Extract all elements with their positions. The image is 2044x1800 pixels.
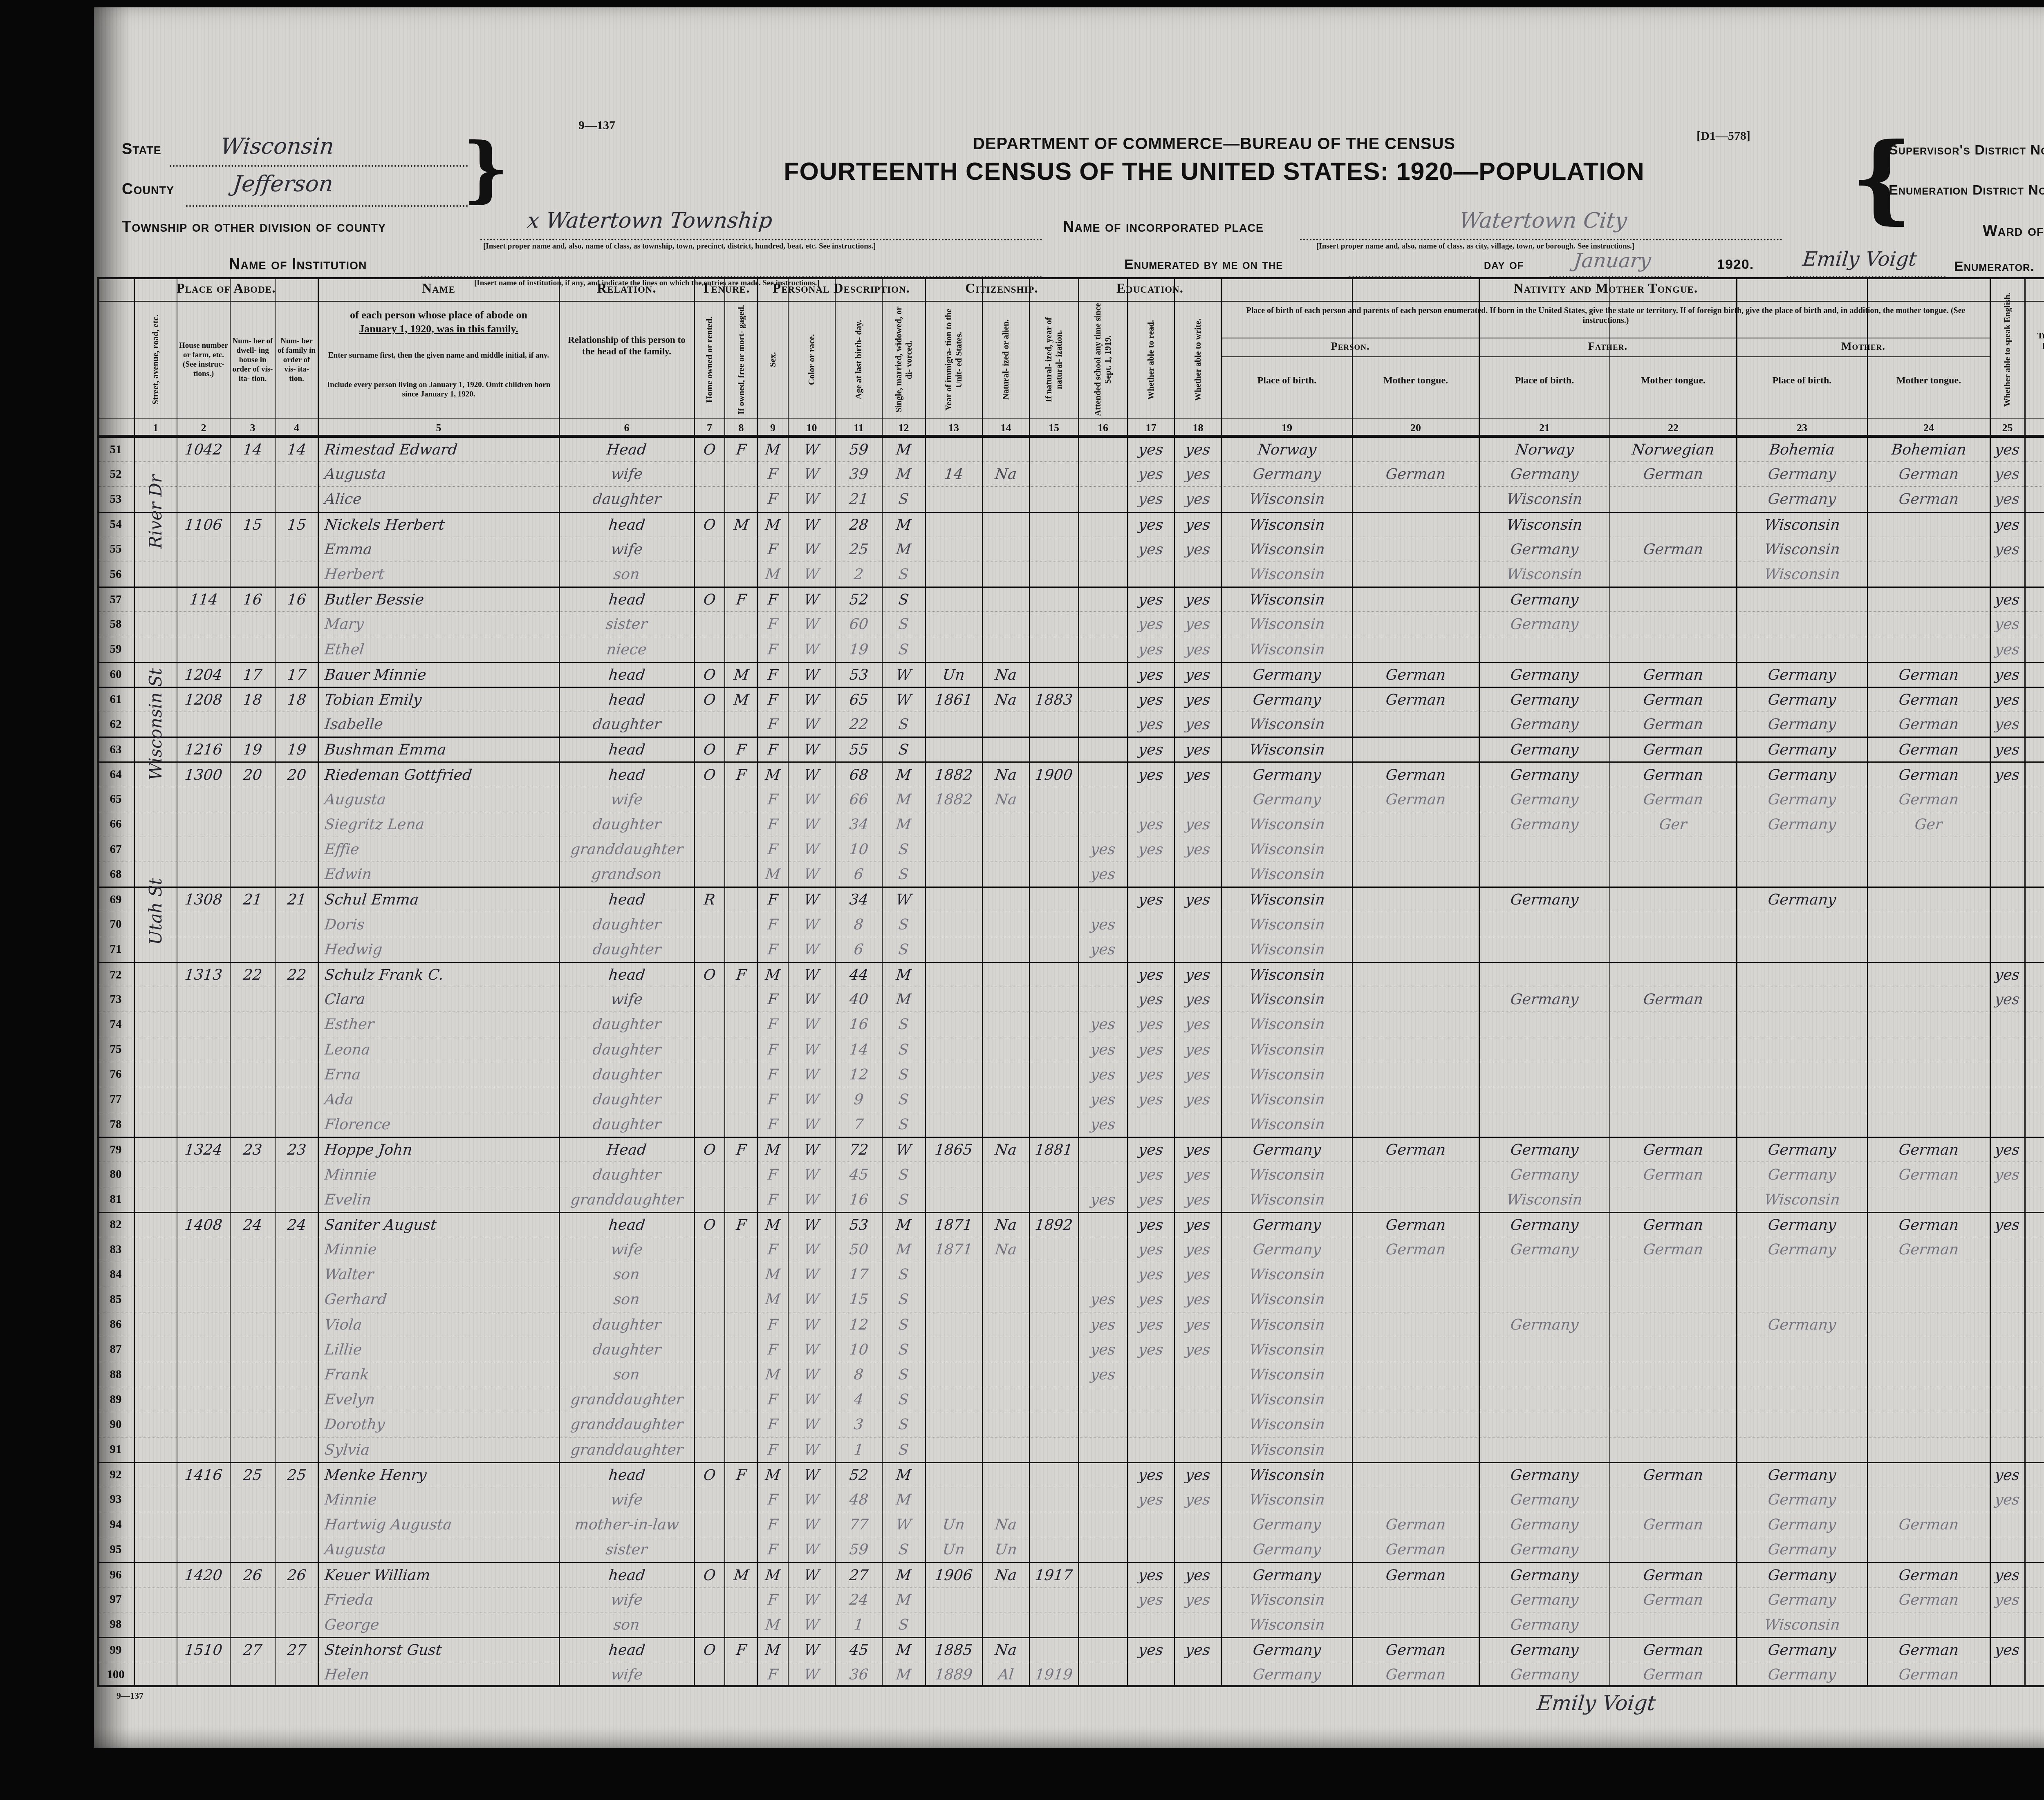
- cell-rd: yes: [1127, 1016, 1174, 1033]
- cell-fam: 17: [275, 666, 318, 683]
- cell-imm: 1871: [925, 1241, 982, 1258]
- cell-fam: 27: [275, 1641, 318, 1659]
- cell-race: W: [788, 566, 835, 583]
- cell-dw: 24: [230, 1216, 275, 1234]
- cell-dw: 14: [230, 441, 275, 458]
- table-row: 78FlorencedaughterFW7SyesWisconsin78: [97, 1112, 2044, 1137]
- cell-dw: 22: [230, 966, 275, 983]
- nativity-person-title: Person.: [1221, 340, 1479, 353]
- cell-sex: M: [758, 1567, 788, 1584]
- cell-rd: yes: [1127, 1191, 1174, 1208]
- cell-fpob: Germany: [1479, 741, 1610, 758]
- enumerated-label: Enumerated by me on the: [1124, 257, 1283, 273]
- cell-pob: Wisconsin: [1221, 541, 1352, 558]
- cell-rel: head: [559, 691, 694, 708]
- cell-trade: none: [2025, 691, 2044, 708]
- cell-eng: yes: [1990, 541, 2025, 558]
- cell-age: 44: [835, 966, 882, 983]
- cell-rd: yes: [1127, 766, 1174, 784]
- cell-age: 65: [835, 691, 882, 708]
- cell-mtg: M: [725, 516, 758, 533]
- cell-mar: M: [882, 466, 925, 483]
- cell-age: 66: [835, 791, 882, 808]
- cell-mmt: German: [1867, 1216, 1990, 1234]
- line-number-left: 72: [97, 968, 134, 982]
- cell-mt: German: [1352, 1141, 1479, 1158]
- cell-mpob: Germany: [1737, 1541, 1867, 1558]
- cell-mtg: F: [725, 1141, 758, 1158]
- cell-name: Hoppe John: [318, 1141, 559, 1158]
- cell-name: Hartwig Augusta: [318, 1516, 559, 1533]
- cell-wr: yes: [1174, 1567, 1221, 1584]
- table-row: 8214082424Saniter AugustheadOFMW53M1871N…: [97, 1212, 2044, 1237]
- column-number: 4: [275, 422, 318, 434]
- cell-name: Erna: [318, 1066, 559, 1083]
- cell-sex: F: [758, 1016, 788, 1033]
- cell-pob: Wisconsin: [1221, 1091, 1352, 1108]
- cell-dw: 18: [230, 691, 275, 708]
- cell-pob: Germany: [1221, 1516, 1352, 1533]
- cell-race: W: [788, 991, 835, 1008]
- cell-fpob: Germany: [1479, 1616, 1610, 1633]
- cell-sch: yes: [1078, 1316, 1127, 1333]
- table-row: 65AugustawifeFW66M1882NaGermanyGermanGer…: [97, 787, 2044, 812]
- line-number-left: 66: [97, 817, 134, 831]
- cell-sch: yes: [1078, 1116, 1127, 1133]
- column-header-ten: Home owned or rented.: [694, 302, 725, 417]
- cell-race: W: [788, 941, 835, 958]
- cell-age: 14: [835, 1041, 882, 1058]
- cell-mpob: Germany: [1737, 891, 1867, 908]
- table-row: 94Hartwig Augustamother-in-lawFW77WUnNaG…: [97, 1512, 2044, 1537]
- cell-mar: W: [882, 1516, 925, 1533]
- cell-age: 68: [835, 766, 882, 784]
- table-row: 9915102727Steinhorst GustheadOFMW45M1885…: [97, 1637, 2044, 1662]
- cell-fpob: Germany: [1479, 1567, 1610, 1584]
- census-table: Place of Abode.NameRelation.Tenure.Perso…: [97, 277, 2044, 1687]
- form-code-left: 9—137: [578, 119, 615, 132]
- cell-fpob: Germany: [1479, 466, 1610, 483]
- table-row: 90DorothygranddaughterFW3SWisconsin90: [97, 1412, 2044, 1437]
- table-row: 84WaltersonMW17SyesyesWisconsin84: [97, 1262, 2044, 1287]
- cell-pob: Wisconsin: [1221, 616, 1352, 633]
- cell-pob: Wisconsin: [1221, 566, 1352, 583]
- cell-sex: M: [758, 966, 788, 983]
- table-row: 93MinniewifeFW48MyesyesWisconsinGermanyG…: [97, 1487, 2044, 1512]
- cell-name: Evelin: [318, 1191, 559, 1208]
- cell-rel: daughter: [559, 1041, 694, 1058]
- column-header-fmt: Mother tongue.: [1610, 375, 1737, 386]
- cell-imm: Un: [925, 666, 982, 683]
- line-number-left: 85: [97, 1293, 134, 1306]
- cell-ten: O: [694, 1141, 725, 1158]
- cell-eng: yes: [1990, 716, 2025, 733]
- line-number-left: 62: [97, 718, 134, 731]
- cell-eng: yes: [1990, 1591, 2025, 1608]
- cell-mtg: M: [725, 691, 758, 708]
- line-number-left: 55: [97, 542, 134, 556]
- cell-name: Florence: [318, 1116, 559, 1133]
- column-number: 21: [1479, 422, 1610, 434]
- cell-race: W: [788, 441, 835, 458]
- cell-eng: yes: [1990, 516, 2025, 533]
- cell-age: 45: [835, 1641, 882, 1659]
- cell-trade: brass work: [2025, 490, 2044, 508]
- enumerator-label: Enumerator.: [1954, 259, 2035, 275]
- cell-mar: S: [882, 1391, 925, 1408]
- column-number: 11: [835, 422, 882, 434]
- cell-pob: Wisconsin: [1221, 1066, 1352, 1083]
- cell-name: Gerhard: [318, 1291, 559, 1308]
- cell-nat: Na: [982, 691, 1029, 708]
- cell-wr: yes: [1174, 1041, 1221, 1058]
- cell-age: 55: [835, 741, 882, 758]
- cell-mar: W: [882, 1141, 925, 1158]
- cell-fmt: German: [1610, 1641, 1737, 1659]
- cell-age: 28: [835, 516, 882, 533]
- cell-age: 72: [835, 1141, 882, 1158]
- column-number: 23: [1737, 422, 1867, 434]
- cell-house: 1324: [177, 1141, 230, 1158]
- table-row: 95AugustasisterFW59SUnUnGermanyGermanGer…: [97, 1537, 2044, 1562]
- cell-imm: Un: [925, 1541, 982, 1558]
- township-note: [Insert proper name and, also, name of c…: [483, 242, 876, 251]
- cell-pob: Wisconsin: [1221, 1416, 1352, 1433]
- cell-name: Helen: [318, 1666, 559, 1683]
- cell-age: 8: [835, 1366, 882, 1383]
- cell-fmt: German: [1610, 716, 1737, 733]
- cell-dw: 17: [230, 666, 275, 683]
- cell-eng: yes: [1990, 441, 2025, 458]
- cell-age: 34: [835, 816, 882, 833]
- cell-mt: German: [1352, 1216, 1479, 1234]
- cell-race: W: [788, 1466, 835, 1484]
- column-group-title: Education.: [1078, 281, 1221, 296]
- cell-wr: yes: [1174, 766, 1221, 784]
- line-number-left: 84: [97, 1268, 134, 1281]
- cell-sex: F: [758, 1516, 788, 1533]
- cell-mt: German: [1352, 791, 1479, 808]
- cell-pob: Germany: [1221, 1541, 1352, 1558]
- table-rule: [97, 418, 2044, 419]
- cell-mmt: German: [1867, 1666, 1990, 1683]
- cell-name: Bushman Emma: [318, 741, 559, 758]
- cell-pob: Wisconsin: [1221, 490, 1352, 508]
- census-sheet: 9—137 [D1—578] State Wisconsin County Je…: [94, 7, 2044, 1748]
- form-code-bottom: 9—137: [117, 1690, 143, 1701]
- cell-sex: F: [758, 1041, 788, 1058]
- cell-wr: yes: [1174, 641, 1221, 658]
- column-group-title: Tenure.: [694, 281, 758, 296]
- table-row: 53AlicedaughterFW21SyesyesWisconsinWisco…: [97, 486, 2044, 511]
- table-row: 7213132222Schulz Frank C.headOFMW44Myesy…: [97, 962, 2044, 987]
- cell-mar: S: [882, 1416, 925, 1433]
- cell-fmt: German: [1610, 791, 1737, 808]
- cell-race: W: [788, 1216, 835, 1234]
- cell-pob: Wisconsin: [1221, 1266, 1352, 1283]
- cell-wr: yes: [1174, 741, 1221, 758]
- column-group-title: Personal Description.: [758, 281, 925, 296]
- column-number: 13: [925, 422, 982, 434]
- cell-wr: yes: [1174, 1591, 1221, 1608]
- cell-rel: son: [559, 1266, 694, 1283]
- cell-wr: yes: [1174, 966, 1221, 983]
- cell-name: Dorothy: [318, 1416, 559, 1433]
- cell-rel: wife: [559, 1591, 694, 1608]
- cell-name: Hedwig: [318, 941, 559, 958]
- cell-age: 9: [835, 1091, 882, 1108]
- cell-pob: Wisconsin: [1221, 1491, 1352, 1508]
- cell-fpob: Germany: [1479, 691, 1610, 708]
- cell-mpob: Wisconsin: [1737, 516, 1867, 533]
- cell-name: Augusta: [318, 791, 559, 808]
- cell-race: W: [788, 691, 835, 708]
- cell-imm: 1882: [925, 791, 982, 808]
- cell-wr: yes: [1174, 591, 1221, 608]
- cell-age: 40: [835, 991, 882, 1008]
- line-number-left: 81: [97, 1193, 134, 1206]
- cell-fam: 25: [275, 1466, 318, 1484]
- cell-rd: yes: [1127, 966, 1174, 983]
- cell-ten: O: [694, 966, 725, 983]
- cell-fpob: Germany: [1479, 1541, 1610, 1558]
- table-row: 83MinniewifeFW50M1871NayesyesGermanyGerm…: [97, 1237, 2044, 1262]
- cell-pob: Wisconsin: [1221, 641, 1352, 658]
- column-group-title: Place of Abode.: [134, 281, 318, 296]
- cell-mtg: F: [725, 1216, 758, 1234]
- cell-name: Schul Emma: [318, 891, 559, 908]
- line-number-left: 51: [97, 443, 134, 457]
- cell-sex: F: [758, 941, 788, 958]
- cell-rd: yes: [1127, 1341, 1174, 1358]
- cell-race: W: [788, 1116, 835, 1133]
- cell-wr: yes: [1174, 841, 1221, 858]
- line-number-left: 80: [97, 1168, 134, 1181]
- cell-wr: yes: [1174, 1141, 1221, 1158]
- cell-sex: M: [758, 1466, 788, 1484]
- cell-race: W: [788, 1391, 835, 1408]
- cell-wr: yes: [1174, 1341, 1221, 1358]
- table-row: 88FranksonMW8SyesWisconsin88: [97, 1362, 2044, 1387]
- line-number-left: 75: [97, 1043, 134, 1056]
- cell-race: W: [788, 1616, 835, 1633]
- cell-fpob: Germany: [1479, 1466, 1610, 1484]
- cell-fpob: Germany: [1479, 891, 1610, 908]
- cell-fmt: German: [1610, 1216, 1737, 1234]
- cell-natyr: 1892: [1029, 1216, 1078, 1234]
- cell-pob: Wisconsin: [1221, 941, 1352, 958]
- cell-age: 53: [835, 666, 882, 683]
- cell-sch: yes: [1078, 916, 1127, 933]
- street-name-vertical: Wisconsin St: [138, 590, 173, 858]
- township-value: x Watertown Township: [526, 208, 773, 233]
- cell-race: W: [788, 541, 835, 558]
- cell-imm: 1906: [925, 1567, 982, 1584]
- cell-eng: yes: [1990, 1491, 2025, 1508]
- cell-pob: Wisconsin: [1221, 866, 1352, 883]
- cell-fpob: Wisconsin: [1479, 516, 1610, 533]
- cell-race: W: [788, 1241, 835, 1258]
- line-number-left: 97: [97, 1593, 134, 1606]
- table-border-top: [97, 277, 2044, 279]
- cell-pob: Wisconsin: [1221, 591, 1352, 608]
- month-value: January: [1573, 249, 1652, 272]
- cell-mpob: Germany: [1737, 1141, 1867, 1158]
- cell-pob: Germany: [1221, 466, 1352, 483]
- cell-rel: head: [559, 966, 694, 983]
- cell-rel: wife: [559, 991, 694, 1008]
- cell-sex: F: [758, 1491, 788, 1508]
- cell-eng: yes: [1990, 966, 2025, 983]
- cell-fam: 14: [275, 441, 318, 458]
- cell-trade: Night watch: [2025, 441, 2044, 458]
- cell-race: W: [788, 716, 835, 733]
- cell-sch: yes: [1078, 1091, 1127, 1108]
- cell-rel: sister: [559, 616, 694, 633]
- cell-rd: yes: [1127, 541, 1174, 558]
- column-number: 3: [230, 422, 275, 434]
- column-group-title: Nativity and Mother Tongue.: [1221, 281, 1990, 296]
- cell-wr: yes: [1174, 1641, 1221, 1659]
- cell-eng: yes: [1990, 466, 2025, 483]
- cell-name: Minnie: [318, 1241, 559, 1258]
- cell-name: Alice: [318, 490, 559, 508]
- cell-mmt: German: [1867, 1641, 1990, 1659]
- cell-wr: yes: [1174, 666, 1221, 683]
- line-number-left: 59: [97, 643, 134, 656]
- table-row: 9614202626Keuer WilliamheadOMMW27M1906Na…: [97, 1562, 2044, 1587]
- cell-name: Walter: [318, 1266, 559, 1283]
- cell-mar: S: [882, 716, 925, 733]
- cell-mar: S: [882, 1291, 925, 1308]
- cell-fpob: Germany: [1479, 1241, 1610, 1258]
- line-number-left: 87: [97, 1343, 134, 1356]
- cell-mt: German: [1352, 1516, 1479, 1533]
- nativity-rule: [1221, 356, 1990, 357]
- cell-name: Herbert: [318, 566, 559, 583]
- cell-age: 52: [835, 591, 882, 608]
- cell-mar: M: [882, 1641, 925, 1659]
- cell-race: W: [788, 666, 835, 683]
- cell-mpob: Germany: [1737, 1166, 1867, 1183]
- cell-age: 16: [835, 1191, 882, 1208]
- cell-mpob: Wisconsin: [1737, 1191, 1867, 1208]
- cell-wr: yes: [1174, 541, 1221, 558]
- township-line: [480, 237, 1042, 240]
- cell-house: 1510: [177, 1641, 230, 1659]
- cell-ten: O: [694, 741, 725, 758]
- cell-rel: mother-in-law: [559, 1516, 694, 1533]
- cell-sex: M: [758, 566, 788, 583]
- cell-mar: S: [882, 616, 925, 633]
- cell-mar: M: [882, 1216, 925, 1234]
- left-brace: }: [463, 133, 509, 205]
- cell-rd: yes: [1127, 1066, 1174, 1083]
- cell-pob: Wisconsin: [1221, 1391, 1352, 1408]
- cell-mar: M: [882, 541, 925, 558]
- cell-eng: yes: [1990, 616, 2025, 633]
- cell-imm: 1885: [925, 1641, 982, 1659]
- cell-fam: 18: [275, 691, 318, 708]
- table-row: 91SylviagranddaughterFW1SWisconsin91: [97, 1437, 2044, 1462]
- cell-mar: M: [882, 966, 925, 983]
- cell-dw: 25: [230, 1466, 275, 1484]
- line-number-left: 88: [97, 1368, 134, 1381]
- cell-race: W: [788, 1041, 835, 1058]
- enumerator-value: Emily Voigt: [1802, 248, 1918, 271]
- cell-rd: yes: [1127, 1567, 1174, 1584]
- cell-ten: O: [694, 516, 725, 533]
- cell-sex: M: [758, 516, 788, 533]
- cell-race: W: [788, 1141, 835, 1158]
- line-number-left: 64: [97, 768, 134, 781]
- cell-mpob: Germany: [1737, 490, 1867, 508]
- cell-pob: Germany: [1221, 1216, 1352, 1234]
- nativity-desc: Place of birth of each person and parent…: [1226, 306, 1986, 325]
- cell-wr: yes: [1174, 1016, 1221, 1033]
- cell-race: W: [788, 1316, 835, 1333]
- cell-rd: yes: [1127, 666, 1174, 683]
- cell-dw: 15: [230, 516, 275, 533]
- cell-name: Evelyn: [318, 1391, 559, 1408]
- cell-fpob: Wisconsin: [1479, 490, 1610, 508]
- year-label: 1920.: [1717, 257, 1754, 273]
- cell-age: 6: [835, 941, 882, 958]
- cell-rd: yes: [1127, 1166, 1174, 1183]
- cell-fam: 15: [275, 516, 318, 533]
- cell-sex: F: [758, 916, 788, 933]
- cell-wr: yes: [1174, 516, 1221, 533]
- line-number-left: 76: [97, 1068, 134, 1081]
- cell-fam: 19: [275, 741, 318, 758]
- cell-rel: sister: [559, 1541, 694, 1558]
- name-col-note2: Include every person living on January 1…: [324, 380, 554, 399]
- cell-rel: daughter: [559, 941, 694, 958]
- cell-rd: yes: [1127, 1591, 1174, 1608]
- cell-rel: head: [559, 741, 694, 758]
- cell-pob: Wisconsin: [1221, 1466, 1352, 1484]
- table-row: 55EmmawifeFW25MyesyesWisconsinGermanyGer…: [97, 537, 2044, 562]
- cell-sex: F: [758, 791, 788, 808]
- cell-rd: yes: [1127, 516, 1174, 533]
- cell-pob: Wisconsin: [1221, 1116, 1352, 1133]
- cell-race: W: [788, 466, 835, 483]
- cell-mtg: M: [725, 666, 758, 683]
- cell-rel: daughter: [559, 716, 694, 733]
- cell-sex: F: [758, 1091, 788, 1108]
- cell-race: W: [788, 1366, 835, 1383]
- line-number-left: 61: [97, 693, 134, 706]
- cell-fpob: Germany: [1479, 1141, 1610, 1158]
- table-row: 76ErnadaughterFW12SyesyesyesWisconsin76: [97, 1062, 2044, 1087]
- cell-race: W: [788, 816, 835, 833]
- cell-name: George: [318, 1616, 559, 1633]
- cell-race: W: [788, 1441, 835, 1458]
- table-row: 5411061515Nickels HerbertheadOMMW28Myesy…: [97, 512, 2044, 537]
- cell-mmt: German: [1867, 766, 1990, 784]
- cell-age: 12: [835, 1066, 882, 1083]
- cell-fam: 24: [275, 1216, 318, 1234]
- cell-fmt: German: [1610, 1241, 1737, 1258]
- cell-name: Ada: [318, 1091, 559, 1108]
- column-header-rd: Whether able to read.: [1127, 302, 1174, 417]
- cell-race: W: [788, 791, 835, 808]
- state-value: Wisconsin: [220, 133, 335, 159]
- cell-nat: Na: [982, 1141, 1029, 1158]
- cell-dw: 26: [230, 1567, 275, 1584]
- cell-race: W: [788, 1266, 835, 1283]
- cell-pob: Wisconsin: [1221, 1041, 1352, 1058]
